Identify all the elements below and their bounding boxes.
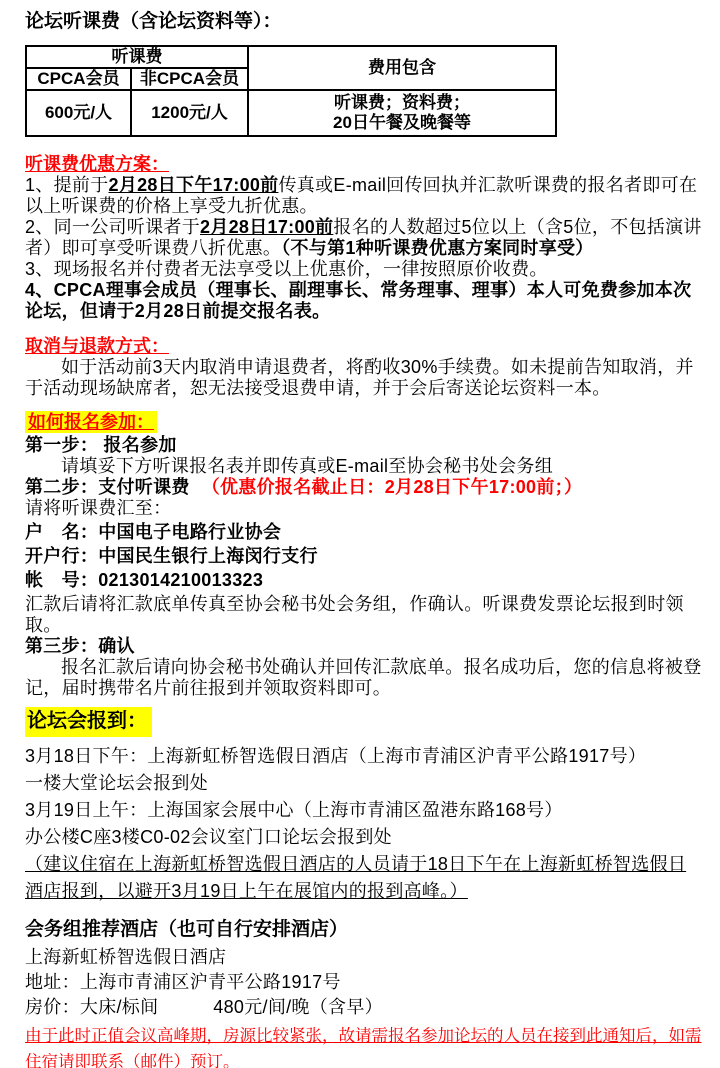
checkin-line-1: 3月18日下午：上海新虹桥智选假日酒店（上海市青浦区沪青平公路1917号） — [25, 743, 703, 770]
forum-checkin-heading-row: 论坛会报到： — [25, 707, 703, 743]
discount-item-2-note: （不与第1种听课费优惠方案同时享受） — [281, 238, 593, 258]
hotel-price: 房价：大床/标间 480元/间/晚（含早） — [25, 995, 703, 1020]
step2-label: 第二步：支付听课费 — [25, 477, 190, 497]
how-to-register-heading: 如何报名参加： — [25, 411, 157, 433]
fee-price-member: 600元/人 — [26, 90, 131, 136]
checkin-line-4: 办公楼C座3楼C0-02会议室门口论坛会报到处 — [25, 824, 703, 851]
forum-checkin-section: 论坛会报到： 3月18日下午：上海新虹桥智选假日酒店（上海市青浦区沪青平公路19… — [25, 707, 703, 905]
discount-item-1: 1、提前于2月28日下午17:00前传真或E-mail回传回执并汇款听课费的报名… — [25, 175, 703, 217]
fee-includes-line1: 听课费；资料费； — [251, 93, 553, 113]
hotel-heading: 会务组推荐酒店（也可自行安排酒店） — [25, 917, 703, 943]
hotel-recommendation-section: 会务组推荐酒店（也可自行安排酒店） 上海新虹桥智选假日酒店 地址：上海市青浦区沪… — [25, 917, 703, 1068]
discount-item-4: 4、CPCA理事会成员（理事长、副理事长、常务理事、理事）本人可免费参加本次论坛… — [25, 280, 703, 322]
step1-label: 第一步： 报名参加 — [25, 435, 703, 456]
checkin-line-3: 3月19日上午：上海国家会展中心（上海市青浦区盈港东路168号） — [25, 797, 703, 824]
fee-table-col-cpca-member: CPCA会员 — [26, 68, 131, 90]
discount-item-2: 2、同一公司听课者于2月28日17:00前报名的人数超过5位以上（含5位，不包括… — [25, 217, 703, 259]
hotel-booking-warning: 由于此时正值会议高峰期，房源比较紧张，故请需报名参加论坛的人员在接到此通知后，如… — [25, 1023, 703, 1068]
fee-table-header-includes: 费用包含 — [248, 46, 556, 90]
step2-deadline: （优惠价报名截止日：2月28日下午17:00前；） — [202, 477, 583, 497]
bank-branch: 开户行：中国民生银行上海闵行支行 — [25, 546, 703, 567]
discount-item-2-text: 2、同一公司听课者于 — [25, 217, 200, 237]
hotel-name: 上海新虹桥智选假日酒店 — [25, 945, 703, 970]
discount-deadline-1: 2月28日下午17:00前 — [109, 175, 279, 195]
hotel-address: 地址：上海市青浦区沪青平公路1917号 — [25, 970, 703, 995]
forum-checkin-heading: 论坛会报到： — [25, 707, 152, 737]
step3-body: 报名汇款后请向协会秘书处确认并回传汇款底单。报名成功后，您的信息将被登记，届时携… — [25, 657, 703, 699]
remit-note: 汇款后请将汇款底单传真至协会秘书处会务组，作确认。听课费发票论坛报到时领取。 — [25, 594, 703, 636]
discount-section: 听课费优惠方案： 1、提前于2月28日下午17:00前传真或E-mail回传回执… — [25, 153, 703, 322]
fee-table-header-fee: 听课费 — [26, 46, 248, 68]
checkin-note: （建议住宿在上海新虹桥智选假日酒店的人员请于18日下午在上海新虹桥智选假日酒店报… — [25, 851, 703, 905]
step3-label: 第三步：确认 — [25, 636, 703, 657]
fee-table-col-non-member: 非CPCA会员 — [131, 68, 248, 90]
cancel-refund-body: 如于活动前3天内取消申请退费者，将酌收30%手续费。如未提前告知取消，并于活动现… — [25, 357, 703, 399]
document-page: 论坛听课费（含论坛资料等）： 听课费 费用包含 CPCA会员 非CPCA会员 6… — [0, 0, 720, 1068]
fee-includes-cell: 听课费；资料费； 20日午餐及晚餐等 — [248, 90, 556, 136]
fee-includes-line2: 20日午餐及晚餐等 — [251, 113, 553, 133]
cancel-refund-heading: 取消与退款方式： — [25, 335, 703, 357]
page-title: 论坛听课费（含论坛资料等）： — [25, 10, 703, 34]
discount-item-1-text: 1、提前于 — [25, 175, 109, 195]
bank-account-number: 帐 号：0213014210013323 — [25, 570, 703, 591]
discount-item-3: 3、现场报名并付费者无法享受以上优惠价，一律按照原价收费。 — [25, 259, 703, 280]
fee-table-price-row: 600元/人 1200元/人 听课费；资料费； 20日午餐及晚餐等 — [26, 90, 556, 136]
discount-heading: 听课费优惠方案： — [25, 153, 703, 175]
fee-table-header-row: 听课费 费用包含 — [26, 46, 556, 68]
cancel-refund-section: 取消与退款方式： 如于活动前3天内取消申请退费者，将酌收30%手续费。如未提前告… — [25, 335, 703, 399]
checkin-line-2: 一楼大堂论坛会报到处 — [25, 770, 703, 797]
how-to-register-heading-row: 如何报名参加： — [25, 411, 703, 435]
fee-price-non-member: 1200元/人 — [131, 90, 248, 136]
how-to-register-section: 如何报名参加： 第一步： 报名参加 请填妥下方听课报名表并即传真或E-mail至… — [25, 411, 703, 699]
step1-body: 请填妥下方听课报名表并即传真或E-mail至协会秘书处会务组 — [25, 456, 703, 477]
remit-intro: 请将听课费汇至： — [25, 498, 703, 519]
bank-account-name: 户 名：中国电子电路行业协会 — [25, 522, 703, 543]
discount-deadline-2: 2月28日17:00前 — [200, 217, 333, 237]
fee-table: 听课费 费用包含 CPCA会员 非CPCA会员 600元/人 1200元/人 听… — [25, 45, 557, 137]
step2-line: 第二步：支付听课费（优惠价报名截止日：2月28日下午17:00前；） — [25, 477, 703, 498]
